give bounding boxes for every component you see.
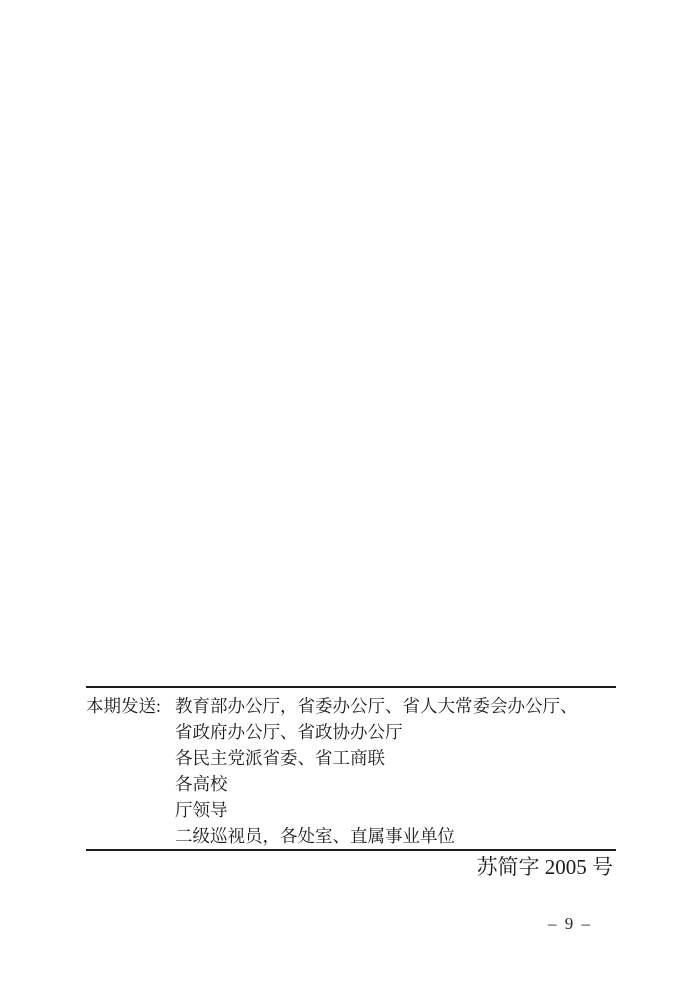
distribution-line: 各高校	[175, 771, 616, 797]
distribution-label: 本期发送:	[86, 693, 175, 719]
distribution-line: 教育部办公厅，省委办公厅、省人大常委会办公厅、	[175, 693, 616, 719]
distribution-bottom-rule	[86, 849, 616, 851]
page-number: – 9 –	[548, 915, 592, 932]
distribution-line: 省政府办公厅、省政协办公厅	[175, 719, 616, 745]
distribution-top-rule	[86, 686, 616, 688]
document-page: 本期发送: 教育部办公厅，省委办公厅、省人大常委会办公厅、 省政府办公厅、省政协…	[0, 0, 696, 993]
distribution-line: 二级巡视员，各处室、直属事业单位	[175, 823, 616, 849]
document-issue-number: 苏简字 2005 号	[86, 855, 613, 879]
distribution-line: 各民主党派省委、省工商联	[175, 745, 616, 771]
distribution-list: 教育部办公厅，省委办公厅、省人大常委会办公厅、 省政府办公厅、省政协办公厅 各民…	[175, 693, 616, 849]
distribution-section: 本期发送: 教育部办公厅，省委办公厅、省人大常委会办公厅、 省政府办公厅、省政协…	[86, 693, 616, 849]
distribution-line: 厅领导	[175, 797, 616, 823]
